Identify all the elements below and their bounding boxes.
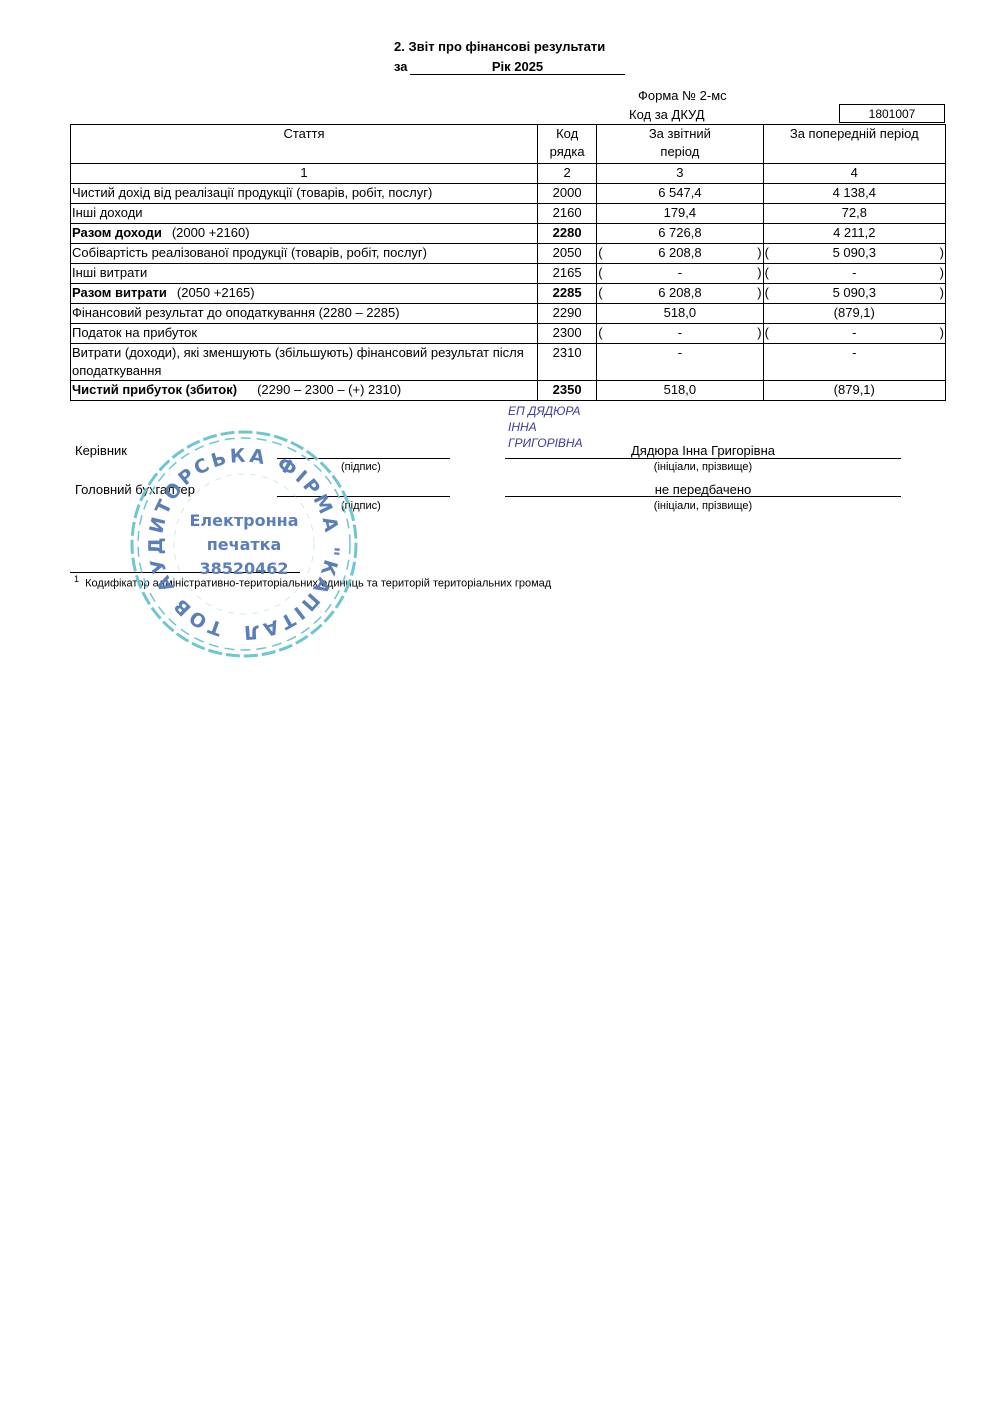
table-row: Собівартість реалізованої продукції (тов…	[71, 244, 946, 264]
row-label: Фінансовий результат до оподаткування (2…	[71, 304, 538, 324]
row-label: Разом витрати(2050 +2165)	[71, 284, 538, 304]
report-period: Рік 2025	[410, 59, 625, 75]
row-previous-value: (5 090,3)	[763, 244, 945, 264]
row-previous-value: (879,1)	[763, 304, 945, 324]
row-previous-value: 72,8	[763, 204, 945, 224]
director-signature-line	[277, 457, 450, 459]
row-previous-value: -	[763, 344, 945, 381]
row-previous-value: (-)	[763, 324, 945, 344]
row-code: 2000	[538, 184, 597, 204]
report-title: 2. Звіт про фінансові результати	[394, 39, 605, 54]
row-code: 2310	[538, 344, 597, 381]
row-previous-value: 4 211,2	[763, 224, 945, 244]
table-row: Чистий дохід від реалізації продукції (т…	[71, 184, 946, 204]
row-current-value: (-)	[597, 264, 763, 284]
row-label: Собівартість реалізованої продукції (тов…	[71, 244, 538, 264]
director-name: Дядюра Інна Григорівна	[505, 443, 901, 458]
row-current-value: 518,0	[597, 304, 763, 324]
column-number: 4	[763, 164, 945, 184]
row-label: Чистий дохід від реалізації продукції (т…	[71, 184, 538, 204]
form-number: Форма № 2-мс	[638, 88, 727, 103]
table-row: Разом витрати(2050 +2165)2285(6 208,8)(5…	[71, 284, 946, 304]
table-row: Інші витрати2165(-)(-)	[71, 264, 946, 284]
row-code: 2050	[538, 244, 597, 264]
row-current-value: 6 547,4	[597, 184, 763, 204]
row-label: Інші доходи	[71, 204, 538, 224]
header-previous: За попередній період	[763, 125, 945, 164]
column-numbers-row: 1 2 3 4	[71, 164, 946, 184]
row-code: 2280	[538, 224, 597, 244]
row-current-value: (6 208,8)	[597, 244, 763, 264]
footnote-divider	[70, 572, 300, 573]
row-previous-value: (-)	[763, 264, 945, 284]
table-row: Інші доходи2160179,472,8	[71, 204, 946, 224]
row-label: Чистий прибуток (збиток)(2290 – 2300 – (…	[71, 381, 538, 401]
table-row: Податок на прибуток2300(-)(-)	[71, 324, 946, 344]
row-code: 2285	[538, 284, 597, 304]
row-code: 2165	[538, 264, 597, 284]
dkud-label: Код за ДКУД	[629, 107, 705, 122]
row-label: Витрати (доходи), які зменшують (збільшу…	[71, 344, 538, 381]
company-seal-stamp: ТОВ АУДИТОРСЬКА ФІРМА "КАПІТАЛАУДИТ" Еле…	[128, 426, 360, 662]
dkud-code: 1801007	[839, 104, 945, 123]
row-label: Інші витрати	[71, 264, 538, 284]
row-current-value: 6 726,8	[597, 224, 763, 244]
accountant-label: Головний бухгалтер	[75, 482, 195, 497]
accountant-name-line	[505, 495, 901, 497]
period-prefix: за	[394, 59, 408, 74]
table-row: Разом доходи(2000 +2160)22806 726,84 211…	[71, 224, 946, 244]
director-name-line	[505, 457, 901, 459]
row-previous-value: 4 138,4	[763, 184, 945, 204]
table-row: Витрати (доходи), які зменшують (збільшу…	[71, 344, 946, 381]
row-current-value: (6 208,8)	[597, 284, 763, 304]
director-name-caption: (ініціали, прізвище)	[505, 461, 901, 473]
row-code: 2350	[538, 381, 597, 401]
accountant-signature-line	[277, 495, 450, 497]
table-row: Фінансовий результат до оподаткування (2…	[71, 304, 946, 324]
column-number: 3	[597, 164, 763, 184]
row-code: 2300	[538, 324, 597, 344]
column-number: 1	[71, 164, 538, 184]
svg-text:Електронна: Електронна	[190, 511, 299, 530]
director-signature-caption: (підпис)	[341, 461, 381, 473]
table-row: Чистий прибуток (збиток)(2290 – 2300 – (…	[71, 381, 946, 401]
row-current-value: 518,0	[597, 381, 763, 401]
column-number: 2	[538, 164, 597, 184]
row-current-value: 179,4	[597, 204, 763, 224]
header-article: Стаття	[71, 125, 538, 164]
row-current-value: -	[597, 344, 763, 381]
row-label: Разом доходи(2000 +2160)	[71, 224, 538, 244]
header-code: Кодрядка	[538, 125, 597, 164]
row-code: 2290	[538, 304, 597, 324]
director-label: Керівник	[75, 443, 127, 458]
svg-text:печатка: печатка	[207, 535, 282, 554]
accountant-name-caption: (ініціали, прізвище)	[505, 500, 901, 512]
row-current-value: (-)	[597, 324, 763, 344]
row-label: Податок на прибуток	[71, 324, 538, 344]
row-previous-value: (879,1)	[763, 381, 945, 401]
row-code: 2160	[538, 204, 597, 224]
footnote: 1 Кодифікатор адміністративно-територіал…	[74, 574, 551, 590]
header-current: За звітнийперіод	[597, 125, 763, 164]
row-previous-value: (5 090,3)	[763, 284, 945, 304]
accountant-signature-caption: (підпис)	[341, 500, 381, 512]
table-header-row: Стаття Кодрядка За звітнийперіод За попе…	[71, 125, 946, 164]
financial-results-table: Стаття Кодрядка За звітнийперіод За попе…	[70, 124, 946, 401]
